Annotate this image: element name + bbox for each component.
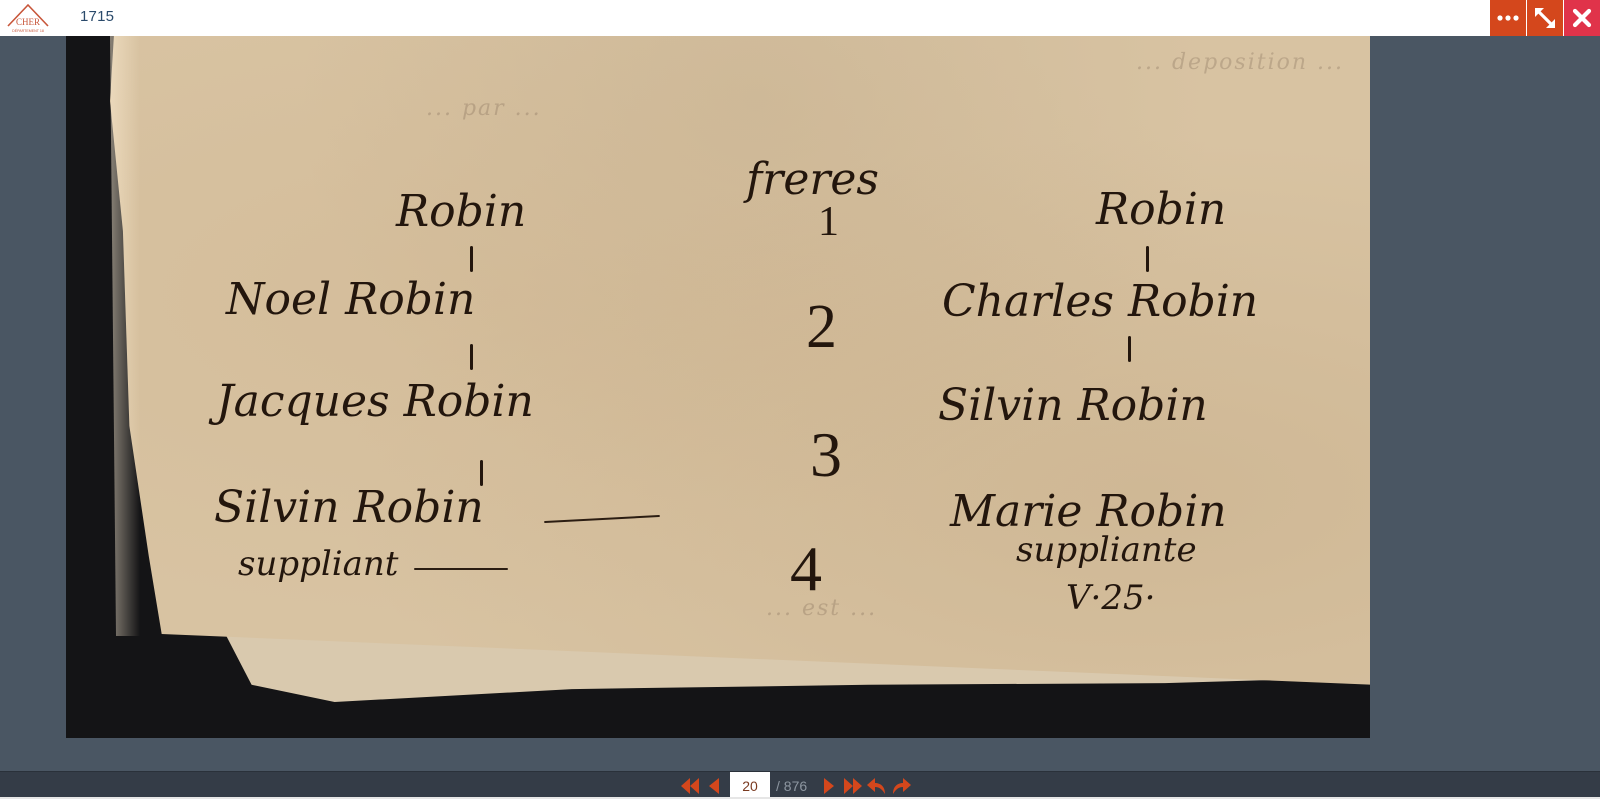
row-number-2: 2 xyxy=(806,292,837,363)
right-name-3: Silvin Robin xyxy=(938,380,1208,431)
image-viewer[interactable]: ... deposition ... ... par ... ... est .… xyxy=(0,36,1600,771)
svg-text:DÉPARTEMENT 18: DÉPARTEMENT 18 xyxy=(12,28,44,33)
left-name-1: Robin xyxy=(396,186,526,237)
rotate-right-button[interactable] xyxy=(889,774,913,798)
left-name-3: Jacques Robin xyxy=(216,376,534,427)
tick-mark xyxy=(1146,246,1149,272)
header-actions xyxy=(1489,0,1600,36)
document-title: 1715 xyxy=(80,8,114,25)
document-image[interactable]: ... deposition ... ... par ... ... est .… xyxy=(66,36,1370,738)
next-page-button[interactable] xyxy=(817,774,841,798)
right-name-1: Robin xyxy=(1096,184,1226,235)
triangle-right-icon xyxy=(824,778,834,794)
previous-page-button[interactable] xyxy=(702,774,726,798)
left-name-2: Noel Robin xyxy=(226,274,475,325)
tick-mark xyxy=(470,344,473,370)
last-page-button[interactable] xyxy=(841,774,865,798)
bleed-through-text: ... deposition ... xyxy=(1136,50,1344,75)
page-number-input[interactable] xyxy=(730,772,770,799)
heading-freres: freres xyxy=(746,154,879,205)
roof-logo-icon: CHER DÉPARTEMENT 18 xyxy=(4,2,52,34)
row-number-4: 4 xyxy=(790,532,822,606)
right-annotation: V·25· xyxy=(1066,578,1155,618)
left-signature: suppliant xyxy=(238,544,398,584)
double-chevron-left-icon xyxy=(681,778,699,794)
row-number-1: 1 xyxy=(818,198,839,246)
rotate-left-icon xyxy=(867,778,887,794)
rotate-left-button[interactable] xyxy=(865,774,889,798)
ellipsis-icon xyxy=(1497,14,1519,22)
fullscreen-button[interactable] xyxy=(1527,0,1563,36)
paper-edge xyxy=(110,36,140,636)
tick-mark xyxy=(1128,336,1131,362)
more-options-button[interactable] xyxy=(1490,0,1526,36)
tick-mark xyxy=(470,246,473,272)
double-chevron-right-icon xyxy=(844,778,862,794)
bleed-through-text: ... par ... xyxy=(426,96,542,121)
expand-arrows-icon xyxy=(1534,7,1556,29)
triangle-left-icon xyxy=(709,778,719,794)
close-x-icon xyxy=(1572,8,1592,28)
first-page-button[interactable] xyxy=(678,774,702,798)
cher-logo[interactable]: CHER DÉPARTEMENT 18 xyxy=(4,2,52,34)
pagination-toolbar: / 876 xyxy=(0,771,1600,799)
svg-text:CHER: CHER xyxy=(16,17,40,27)
rotate-right-icon xyxy=(891,778,911,794)
paper-sheet xyxy=(110,36,1370,686)
row-number-3: 3 xyxy=(810,418,842,492)
app-header: CHER DÉPARTEMENT 18 1715 xyxy=(0,0,1600,36)
left-name-4: Silvin Robin xyxy=(214,482,484,533)
right-name-2: Charles Robin xyxy=(942,276,1258,327)
page-total: / 876 xyxy=(776,778,807,794)
pen-flourish xyxy=(414,568,508,570)
right-signature: suppliante xyxy=(1016,530,1197,570)
close-button[interactable] xyxy=(1564,0,1600,36)
